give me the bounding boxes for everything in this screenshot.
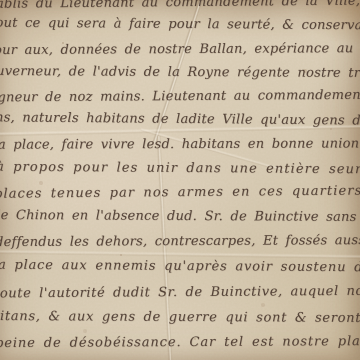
manuscript-line: ns, naturels habitans de ladite Ville qu… bbox=[0, 108, 360, 133]
manuscript-line: sa place, faire vivre lesd. habitans en … bbox=[0, 134, 360, 157]
manuscript-page: ablis du Lieutenant au commandement de l… bbox=[0, 0, 360, 360]
manuscript-line: tout ce qui sera à faire pour la seurté,… bbox=[0, 14, 360, 39]
manuscript-line: de Chinon en l'absence dud. Sr. de Buinc… bbox=[0, 206, 360, 230]
manuscript-line: peine de désobéissance. Car tel est nost… bbox=[0, 332, 360, 356]
manuscript-line: deffendus les dehors, contrescarpes, Et … bbox=[0, 231, 360, 255]
manuscript-text-block: ablis du Lieutenant au commandement de l… bbox=[0, 0, 360, 360]
manuscript-line: igneur de noz mains. Lieutenant au comma… bbox=[0, 86, 360, 111]
manuscript-line: la place aux ennemis qu'après avoir sous… bbox=[0, 256, 360, 281]
manuscript-line: bitans, & aux gens de guerre qui sont & … bbox=[0, 307, 360, 331]
manuscript-line: ouverneur, de l'advis de la Royne régent… bbox=[0, 62, 360, 86]
manuscript-line: places tenues par nos armes en ces quart… bbox=[0, 181, 360, 206]
manuscript-line: toute l'autorité dudit Sr. de Buinctive,… bbox=[0, 282, 360, 307]
manuscript-line: our aux, données de nostre Ballan, expér… bbox=[0, 39, 360, 63]
manuscript-line: à propos pour les unir dans une entière … bbox=[0, 158, 360, 183]
